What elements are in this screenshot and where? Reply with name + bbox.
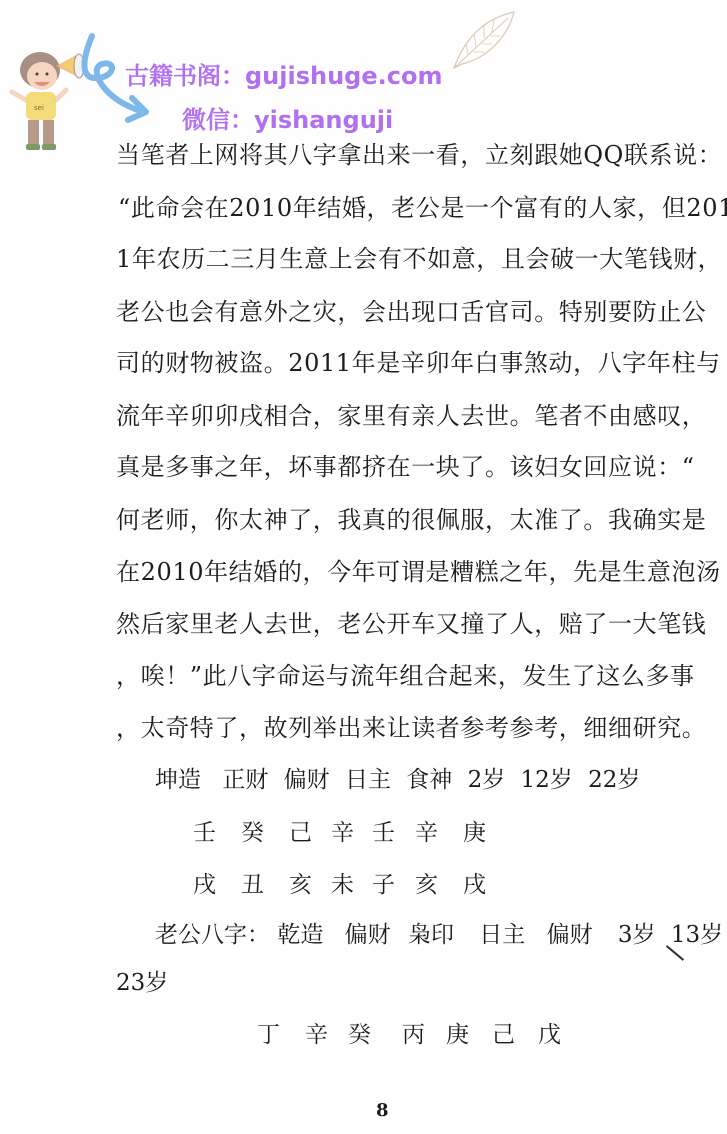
chart-header-cell: 偏财 xyxy=(345,920,391,950)
male-chart-label: 老公八字： xyxy=(155,920,270,950)
document-page: sei 古籍书阁：gujishuge.com 微信：yishanguji 当笔者… xyxy=(0,0,727,1134)
chart-header-cell: 13岁 xyxy=(671,920,723,950)
female-branch: 戌 xyxy=(463,870,486,900)
svg-text:sei: sei xyxy=(34,104,44,112)
male-stem: 己 xyxy=(492,1020,515,1050)
chart-header-cell: 偏财 xyxy=(284,765,330,795)
paragraph-line: 真是多事之年，坏事都挤在一块了。该妇女回应说：“ xyxy=(116,452,695,482)
male-stem: 辛 xyxy=(305,1020,328,1050)
chart-header-cell: 日主 xyxy=(345,765,391,795)
female-stem: 壬 xyxy=(372,818,395,848)
male-stem: 丙 xyxy=(402,1020,425,1050)
female-branch: 戌 xyxy=(193,870,216,900)
chart-header-cell: 正财 xyxy=(222,765,268,795)
female-branch: 子 xyxy=(372,870,395,900)
chart-header-cell: 食神 xyxy=(406,765,452,795)
paragraph-line: ，唉！”此八字命运与流年组合起来，发生了这么多事 xyxy=(116,661,695,691)
chart-header-cell: 坤造 xyxy=(155,765,201,795)
paragraph-line: 流年辛卯卯戌相合，家里有亲人去世。笔者不由感叹， xyxy=(116,401,706,431)
page-number: 8 xyxy=(376,1100,389,1121)
female-branch: 亥 xyxy=(289,870,312,900)
leaf-decoration-icon xyxy=(448,6,520,74)
female-branch: 丑 xyxy=(241,870,264,900)
chart-header-cell: 2岁 xyxy=(468,765,506,795)
watermark-wechat-text: 微信：yishanguji xyxy=(182,100,393,135)
paragraph-line: 司的财物被盗。2011年是辛卯年白事煞动，八字年柱与 xyxy=(116,348,721,378)
female-stem: 辛 xyxy=(415,818,438,848)
paragraph-line: 然后家里老人去世，老公开车又撞了人，赔了一大笔钱 xyxy=(116,609,706,639)
paragraph-line: 1年农历二三月生意上会有不如意，且会破一大笔钱财， xyxy=(116,244,722,274)
female-stem: 癸 xyxy=(241,818,264,848)
chart-header-cell: 偏财 xyxy=(547,920,593,950)
female-stem: 壬 xyxy=(193,818,216,848)
male-stem: 癸 xyxy=(348,1020,371,1050)
male-chart-header-wrap: 23岁 xyxy=(116,968,168,998)
female-branch: 未 xyxy=(331,870,354,900)
chart-header-cell: 枭印 xyxy=(408,920,454,950)
paragraph-line: ，太奇特了，故列举出来让读者参考参考，细细研究。 xyxy=(116,713,706,743)
chart-header-cell: 3岁 xyxy=(618,920,656,950)
paragraph-line: 老公也会有意外之灾，会出现口舌官司。特别要防止公 xyxy=(116,297,706,327)
chart-header-cell: 乾造 xyxy=(277,920,323,950)
male-stem: 庚 xyxy=(446,1020,469,1050)
chart-header-cell: 日主 xyxy=(479,920,525,950)
paragraph-line: 在2010年结婚的，今年可谓是糟糕之年，先是生意泡汤 xyxy=(116,557,721,587)
watermark-site-text: 古籍书阁：gujishuge.com xyxy=(125,56,442,91)
female-chart-header: 坤造 正财 偏财 日主 食神 2岁 12岁 22岁 xyxy=(155,765,640,795)
female-stem: 庚 xyxy=(463,818,486,848)
female-branch: 亥 xyxy=(415,870,438,900)
chart-header-cell: 12岁 xyxy=(521,765,573,795)
paragraph-line: “此命会在2010年结婚，老公是一个富有的人家，但201 xyxy=(118,193,727,223)
paragraph-line: 何老师，你太神了，我真的很佩服，太准了。我确实是 xyxy=(116,505,706,535)
male-stem: 戊 xyxy=(538,1020,561,1050)
male-stem: 丁 xyxy=(257,1020,280,1050)
chart-header-cell: 22岁 xyxy=(588,765,640,795)
female-stem: 己 xyxy=(289,818,312,848)
male-chart-header: 老公八字： 乾造 偏财 枭印 日主 偏财 3岁 13岁 xyxy=(155,920,723,950)
female-stem: 辛 xyxy=(331,818,354,848)
paragraph-line: 当笔者上网将其八字拿出来一看，立刻跟她QQ联系说： xyxy=(116,140,722,170)
